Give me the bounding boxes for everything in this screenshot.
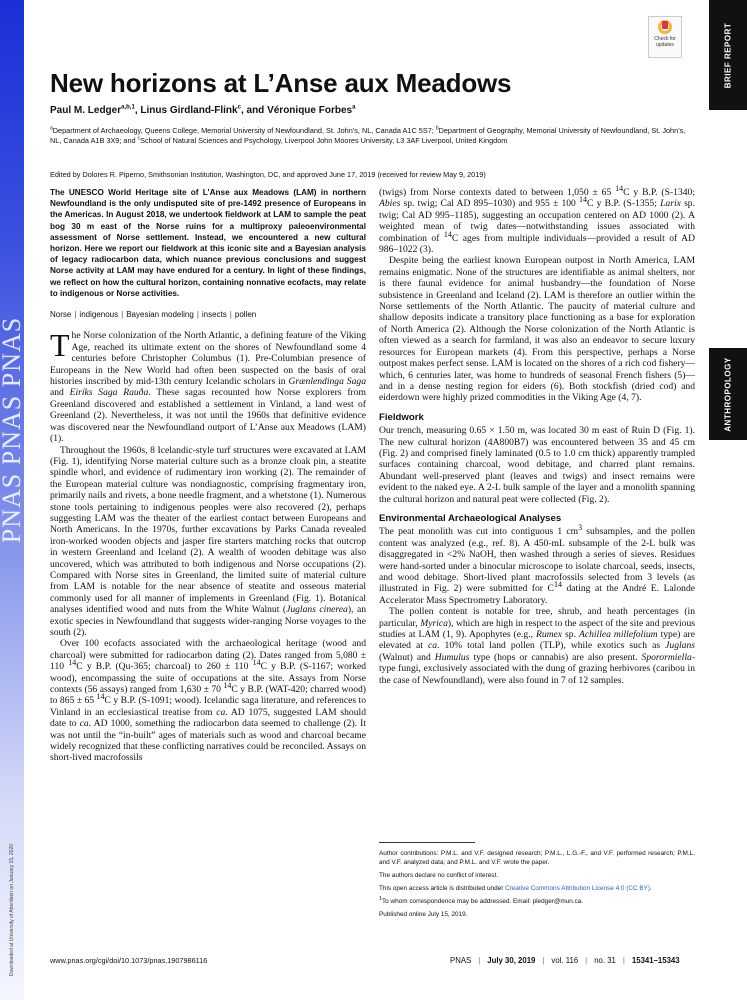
check-updates-label: Check for updates	[649, 36, 681, 48]
keyword-separator: |	[121, 310, 123, 319]
author-affil-sup: a	[352, 105, 355, 111]
article-type-tab: BRIEF REPORT	[709, 0, 747, 110]
keywords: Norse|indigenous|Bayesian modeling|insec…	[50, 309, 366, 320]
keyword: Norse	[50, 310, 71, 319]
footnote-divider	[379, 842, 475, 843]
body-paragraph: (twigs) from Norse contexts dated to bet…	[379, 187, 695, 255]
keyword-separator: |	[197, 310, 199, 319]
author-name[interactable]: Paul M. Ledger	[50, 105, 121, 116]
author-list: Paul M. Ledgera,b,1, Linus Girdland-Flin…	[50, 105, 355, 116]
conflict-statement: The authors declare no conflict of inter…	[379, 871, 695, 880]
drop-cap: T	[50, 332, 70, 358]
affiliation: Department of Archaeology, Queens Colleg…	[53, 126, 436, 135]
keyword-separator: |	[74, 310, 76, 319]
author-name[interactable]: Linus Girdland-Flink	[140, 105, 237, 116]
journal-name: PNAS	[450, 956, 471, 965]
affiliations: aDepartment of Archaeology, Queens Colle…	[50, 126, 690, 146]
keyword: insects	[202, 310, 227, 319]
correspondence: 1To whom correspondence may be addressed…	[379, 897, 695, 906]
issue-number: no. 31	[594, 956, 616, 965]
body-paragraph: The pollen content is notable for tree, …	[379, 606, 695, 686]
body-paragraph: The peat monolith was cut into contiguou…	[379, 526, 695, 606]
author-affil-sup: a,b,1	[121, 105, 135, 111]
license-statement: This open access article is distributed …	[379, 884, 695, 893]
keyword: indigenous	[79, 310, 118, 319]
keyword: pollen	[235, 310, 256, 319]
keyword: Bayesian modeling	[126, 310, 194, 319]
left-column: The UNESCO World Heritage site of L’Anse…	[50, 187, 366, 764]
pnas-watermark: PNAS PNAS PNAS	[0, 120, 24, 740]
check-for-updates-button[interactable]: Check for updates	[648, 16, 682, 58]
right-column: (twigs) from Norse contexts dated to bet…	[379, 187, 695, 686]
body-paragraph: The Norse colonization of the North Atla…	[50, 330, 366, 444]
page-range: 15341–15343	[632, 956, 680, 965]
article-title: New horizons at L’Anse aux Meadows	[50, 68, 511, 99]
journal-footer: PNAS|July 30, 2019|vol. 116|no. 31|15341…	[450, 956, 680, 965]
section-heading-environmental: Environmental Archaeological Analyses	[379, 513, 695, 524]
doi-link[interactable]: www.pnas.org/cgi/doi/10.1073/pnas.190798…	[50, 956, 207, 965]
author-separator: , and	[241, 105, 267, 116]
author-contributions: Author contributions: P.M.L. and V.F. de…	[379, 849, 695, 867]
body-paragraph: Our trench, measuring 0.65 × 1.50 m, was…	[379, 425, 695, 505]
license-link[interactable]: Creative Commons Attribution License 4.0…	[505, 885, 650, 892]
published-online: Published online July 15, 2019.	[379, 910, 695, 919]
body-paragraph: Despite being the earliest known Europea…	[379, 255, 695, 403]
affiliation: School of Natural Sciences and Psycholog…	[140, 136, 507, 145]
download-note-text: Downloaded at University of Aberdeen on …	[9, 844, 15, 976]
author-name[interactable]: Véronique Forbes	[267, 105, 352, 116]
subject-tab: ANTHROPOLOGY	[709, 348, 747, 440]
issue-date: July 30, 2019	[487, 956, 535, 965]
volume: vol. 116	[551, 956, 578, 965]
footnotes: Author contributions: P.M.L. and V.F. de…	[379, 850, 695, 923]
article-type-label: BRIEF REPORT	[724, 22, 733, 88]
crossmark-icon	[658, 20, 672, 34]
body-paragraph: Over 100 ecofacts associated with the ar…	[50, 638, 366, 763]
abstract: The UNESCO World Heritage site of L’Anse…	[50, 187, 366, 299]
subject-label: ANTHROPOLOGY	[724, 357, 733, 431]
watermark-text: PNAS PNAS PNAS	[0, 317, 27, 543]
download-note: Downloaded at University of Aberdeen on …	[2, 830, 22, 990]
correspondence-email[interactable]: To whom correspondence may be addressed.…	[382, 898, 583, 905]
keyword-separator: |	[230, 310, 232, 319]
edited-by: Edited by Dolores R. Piperno, Smithsonia…	[50, 170, 690, 179]
body-paragraph: Throughout the 1960s, 8 Icelandic-style …	[50, 445, 366, 639]
section-heading-fieldwork: Fieldwork	[379, 412, 695, 423]
